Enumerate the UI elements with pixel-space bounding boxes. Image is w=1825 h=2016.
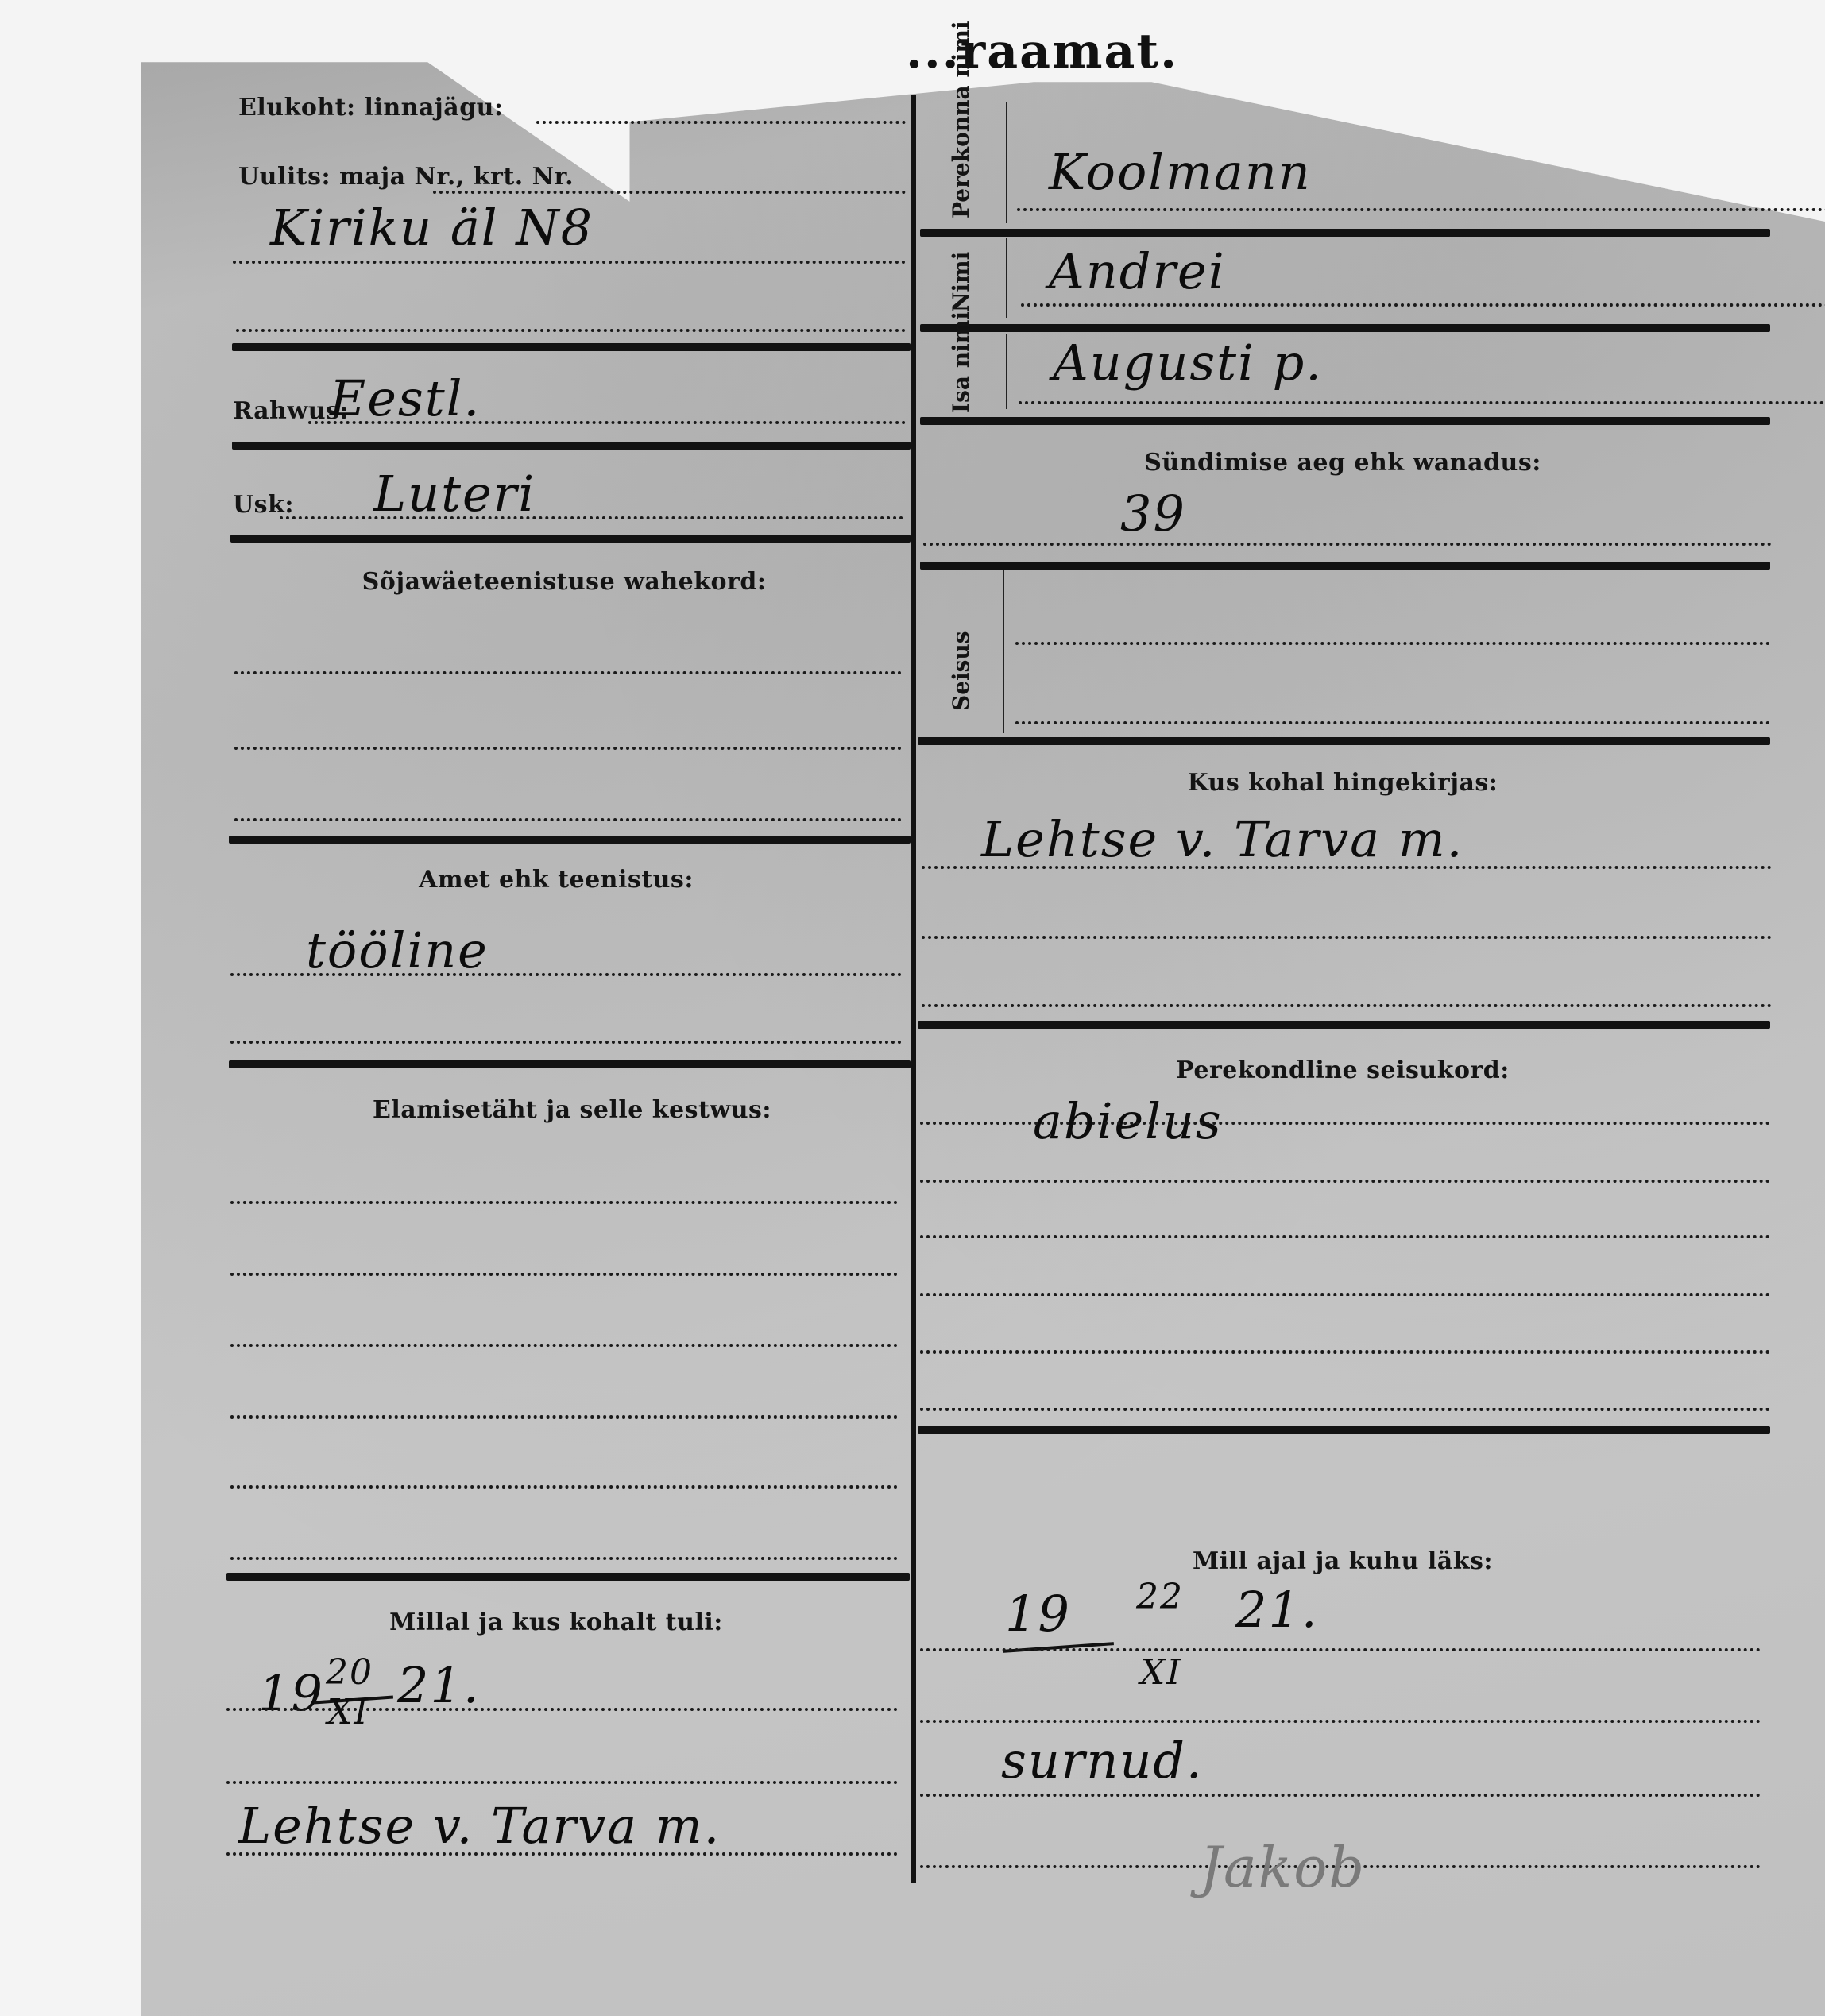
section-rule [226, 1573, 910, 1581]
section-rule [230, 535, 911, 543]
birth-label: Sündimise aeg ehk wanadus: [1144, 449, 1541, 477]
section-rule [232, 442, 911, 450]
permit-field-line-5[interactable] [230, 1485, 898, 1489]
departure-place: surnud. [1001, 1732, 1204, 1790]
nationality-field[interactable] [308, 421, 906, 424]
section-rule [229, 836, 911, 844]
surname-field[interactable] [1017, 208, 1825, 211]
signature: Jakob [1200, 1835, 1366, 1900]
family-field-line-3[interactable] [920, 1235, 1770, 1238]
street-field-line-3[interactable] [236, 329, 906, 332]
father-name-label: Isa nimi [949, 334, 973, 413]
departure-label: Mill ajal ja kuhu läks: [1193, 1547, 1493, 1575]
residence-field[interactable] [536, 121, 906, 124]
section-rule [918, 737, 1770, 745]
surname-value: Koolmann [1049, 143, 1312, 201]
departure-year-suffix: 21. [1235, 1581, 1319, 1639]
departure-field-line-2[interactable] [920, 1720, 1761, 1723]
arrival-label: Millal ja kus kohalt tuli: [389, 1609, 723, 1636]
family-field-line-4[interactable] [920, 1293, 1770, 1296]
occupation-label: Amet ehk teenistus: [419, 866, 694, 894]
military-field-line-2[interactable] [234, 747, 902, 750]
occupation-value: tööline [306, 921, 489, 979]
departure-month: XI [1140, 1652, 1182, 1693]
registry-field-line-2[interactable] [922, 936, 1772, 939]
name-label-divider [1006, 334, 1007, 409]
birth-value: 39 [1120, 485, 1186, 543]
registry-value: Lehtse v. Tarva m. [981, 810, 1463, 868]
occupation-field-line-2[interactable] [230, 1041, 902, 1044]
registry-label: Kus kohal hingekirjas: [1188, 769, 1498, 797]
section-rule [232, 343, 911, 351]
residence-permit-label: Elamisetäht ja selle kestwus: [373, 1096, 771, 1124]
estate-label-divider [1003, 570, 1004, 733]
religion-field[interactable] [280, 516, 903, 519]
arrival-day: 20 [326, 1652, 373, 1693]
family-field-line-5[interactable] [920, 1350, 1770, 1354]
first-name-label: Nimi [949, 242, 973, 322]
name-label-divider [1006, 102, 1007, 223]
form-title-fragment: ...raamat. [906, 24, 1178, 79]
nationality-value: Eestl. [330, 369, 481, 427]
departure-date-field[interactable] [920, 1648, 1761, 1651]
arrival-year-prefix: 19 [258, 1664, 324, 1722]
section-rule [918, 1021, 1770, 1029]
section-rule [920, 229, 1770, 237]
surname-label: Perekonna nimi [949, 99, 973, 218]
military-field-line-3[interactable] [234, 818, 902, 821]
arrival-field-line-2[interactable] [226, 1781, 898, 1784]
religion-label: Usk: [233, 491, 294, 519]
permit-field-line-3[interactable] [230, 1344, 898, 1347]
estate-field-line-2[interactable] [1015, 721, 1770, 724]
street-label: Uulits: maja Nr., krt. Nr. [238, 163, 574, 191]
estate-label: Seisus [949, 631, 973, 711]
column-divider [911, 95, 916, 1883]
father-name-value: Augusti p. [1053, 334, 1323, 392]
family-field-line-6[interactable] [920, 1408, 1770, 1411]
family-field-line-2[interactable] [920, 1180, 1770, 1183]
father-name-field[interactable] [1019, 401, 1825, 404]
departure-place-field[interactable] [920, 1794, 1761, 1797]
arrival-place: Lehtse v. Tarva m. [238, 1797, 721, 1855]
arrival-year-suffix: 21. [397, 1656, 481, 1714]
religion-value: Luteri [373, 465, 536, 523]
street-field-line-2[interactable] [233, 261, 906, 264]
arrival-month: XI [327, 1692, 369, 1732]
departure-year-prefix: 19 [1005, 1585, 1071, 1643]
permit-field-line-1[interactable] [230, 1201, 898, 1204]
name-label-divider [1006, 238, 1007, 318]
registry-field-line-1[interactable] [922, 866, 1772, 869]
arrival-date-field[interactable] [226, 1708, 898, 1711]
document-sheet [141, 22, 1825, 2016]
permit-field-line-2[interactable] [230, 1273, 898, 1276]
section-rule [920, 324, 1770, 332]
family-field-line-1[interactable] [920, 1122, 1770, 1125]
arrival-place-field[interactable] [226, 1852, 898, 1856]
first-name-value: Andrei [1049, 242, 1226, 300]
estate-field-line-1[interactable] [1015, 642, 1770, 645]
registry-field-line-3[interactable] [922, 1004, 1772, 1007]
birth-field[interactable] [923, 543, 1772, 546]
family-label: Perekondline seisukord: [1176, 1056, 1510, 1084]
residence-label: Elukoht: linnajägu: [238, 94, 504, 122]
street-field-line-1[interactable] [433, 191, 906, 194]
street-value: Kiriku ä­l N8 [270, 199, 594, 257]
departure-day: 22 [1136, 1577, 1184, 1617]
permit-field-line-4[interactable] [230, 1415, 898, 1419]
military-field-line-1[interactable] [234, 671, 902, 674]
section-rule [918, 1426, 1770, 1434]
section-rule [920, 562, 1770, 570]
military-label: Sõjawäeteenistuse wahekord: [362, 568, 767, 596]
occupation-field-line-1[interactable] [230, 973, 902, 976]
section-rule [229, 1060, 911, 1068]
permit-field-line-6[interactable] [230, 1557, 898, 1560]
section-rule [920, 417, 1770, 425]
first-name-field[interactable] [1021, 303, 1825, 307]
